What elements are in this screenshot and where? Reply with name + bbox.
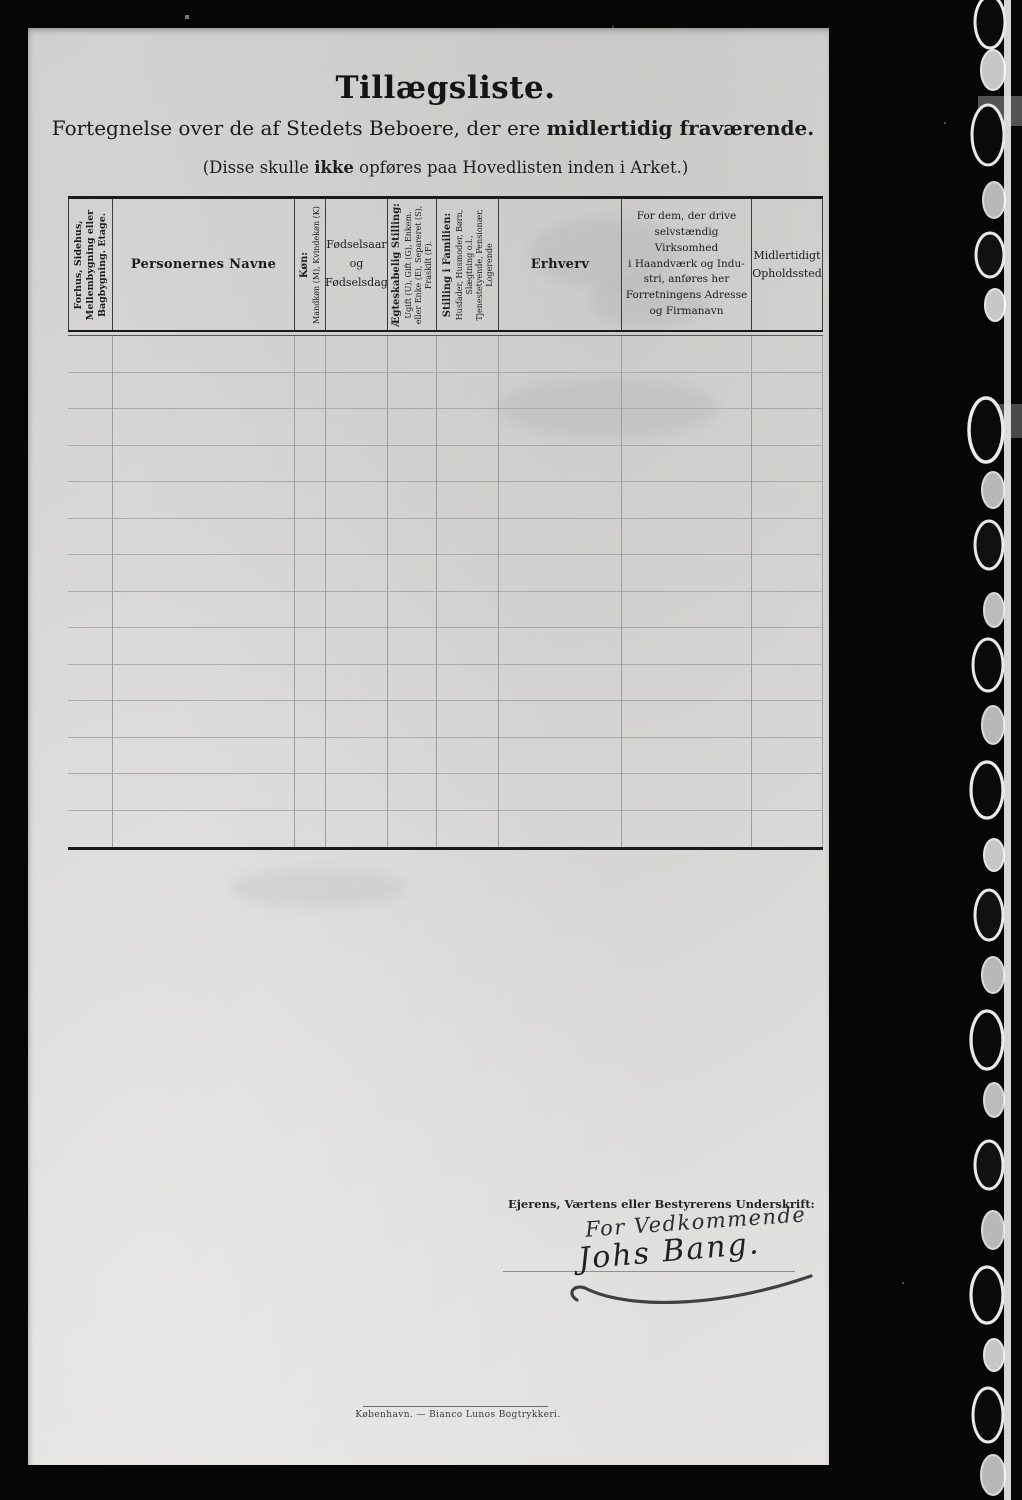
table-row bbox=[68, 592, 823, 629]
dust-specks bbox=[0, 0, 2, 2]
col-header-business-address: For dem, der drive selvstændig Virksomhe… bbox=[622, 199, 752, 330]
rotated-header-text: Forhus, Sidehus, Mellembygning eller Bag… bbox=[73, 209, 109, 319]
subtitle-bold-text: midlertidig fraværende. bbox=[547, 116, 815, 140]
printer-imprint: København. — Bianco Lunos Bogtrykkeri. bbox=[338, 1410, 578, 1420]
column-divider bbox=[822, 336, 823, 847]
col-header-temporary-residence: Midlertidigt Opholdssted bbox=[752, 199, 822, 330]
instruction-note: (Disse skulle ikke opføres paa Hovedlist… bbox=[68, 158, 823, 177]
page-title: Tillægsliste. bbox=[68, 70, 823, 106]
table-row bbox=[68, 446, 823, 483]
column-divider bbox=[621, 336, 622, 847]
table-row bbox=[68, 373, 823, 410]
paper-sheet: Tillægsliste. Fortegnelse over de af Ste… bbox=[28, 28, 829, 1465]
rotated-header-text: Køn: Mandkøn (M), Kvindekøn (K) bbox=[299, 206, 322, 324]
column-divider bbox=[751, 336, 752, 847]
table-row bbox=[68, 628, 823, 665]
table-row bbox=[68, 482, 823, 519]
column-divider bbox=[498, 336, 499, 847]
table-row bbox=[68, 774, 823, 811]
column-divider bbox=[436, 336, 437, 847]
col-header-sex: Køn: Mandkøn (M), Kvindekøn (K) bbox=[295, 199, 326, 330]
table-row bbox=[68, 409, 823, 446]
column-divider bbox=[294, 336, 295, 847]
column-divider bbox=[112, 336, 113, 847]
table-row bbox=[68, 336, 823, 373]
note-bold: ikke bbox=[314, 158, 354, 177]
table-row bbox=[68, 811, 823, 848]
census-table: Forhus, Sidehus, Mellembygning eller Bag… bbox=[68, 196, 823, 850]
col-header-family-position: Stilling i Familien: Husfader, Husmoder,… bbox=[437, 199, 499, 330]
table-row bbox=[68, 555, 823, 592]
table-row bbox=[68, 665, 823, 702]
bleed-through-smudge bbox=[228, 868, 408, 908]
torn-paper-edge bbox=[960, 0, 1022, 1500]
scanned-census-form-page: { "page": { "title": "Tillægsliste.", "s… bbox=[0, 0, 1022, 1500]
col-header-birth: Fødselsaar og Fødselsdag bbox=[326, 199, 388, 330]
table-header-row: Forhus, Sidehus, Mellembygning eller Bag… bbox=[68, 199, 823, 330]
note-prefix: (Disse skulle bbox=[203, 158, 315, 177]
column-divider bbox=[325, 336, 326, 847]
signature-flourish-stroke bbox=[563, 1256, 833, 1316]
table-row bbox=[68, 519, 823, 556]
col-header-marital-status: Ægteskabelig Stilling: Ugift (U), Gift (… bbox=[388, 199, 437, 330]
column-divider bbox=[387, 336, 388, 847]
rotated-header-text: Stilling i Familien: Husfader, Husmoder,… bbox=[441, 209, 494, 321]
page-subtitle: Fortegnelse over de af Stedets Beboere, … bbox=[38, 116, 828, 140]
table-row bbox=[68, 738, 823, 775]
note-suffix: opføres paa Hovedlisten inden i Arket.) bbox=[354, 158, 688, 177]
imprint-rule bbox=[363, 1406, 548, 1407]
subtitle-regular-text: Fortegnelse over de af Stedets Beboere, … bbox=[52, 116, 547, 140]
col-header-occupation: Erhverv bbox=[499, 199, 622, 330]
table-row bbox=[68, 701, 823, 738]
col-header-names: Personernes Navne bbox=[113, 199, 295, 330]
rotated-header-text: Ægteskabelig Stilling: Ugift (U), Gift (… bbox=[391, 203, 434, 327]
col-header-building: Forhus, Sidehus, Mellembygning eller Bag… bbox=[69, 199, 113, 330]
table-body bbox=[68, 336, 823, 850]
